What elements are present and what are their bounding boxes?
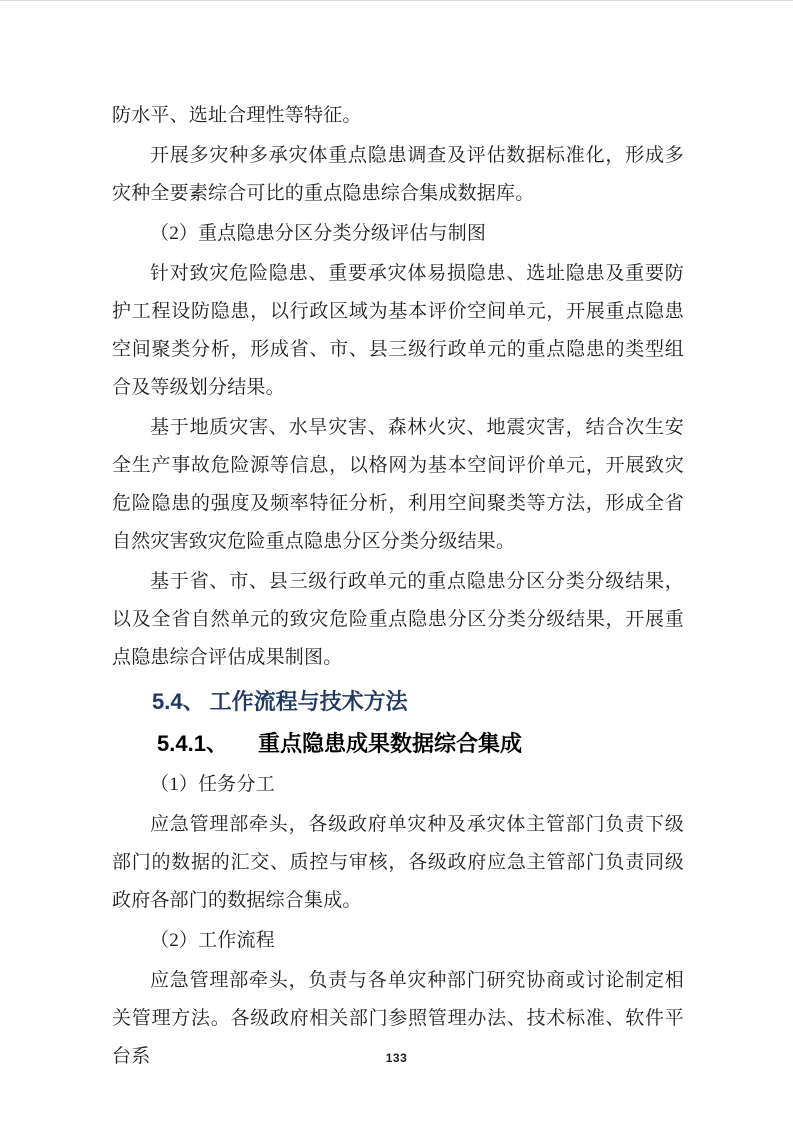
list-subheading: （2）工作流程 bbox=[112, 922, 684, 960]
heading-number: 5.4.1、 bbox=[157, 731, 228, 756]
list-subheading: （1）任务分工 bbox=[112, 766, 684, 804]
section-heading: 5.4、工作流程与技术方法 bbox=[112, 682, 684, 722]
document-page: 防水平、选址合理性等特征。开展多灾种多承灾体重点隐患调查及评估数据标准化，形成多… bbox=[0, 0, 793, 1122]
body-paragraph: 基于地质灾害、水旱灾害、森林火灾、地震灾害，结合次生安全生产事故危险源等信息，以… bbox=[112, 409, 684, 561]
heading-title: 重点隐患成果数据综合集成 bbox=[258, 731, 522, 756]
heading-number: 5.4、 bbox=[152, 689, 205, 714]
list-subheading: （2）重点隐患分区分类分级评估与制图 bbox=[112, 215, 684, 253]
page-number: 133 bbox=[386, 1051, 408, 1065]
body-paragraph: 应急管理部牵头，各级政府单灾种及承灾体主管部门负责下级部门的数据的汇交、质控与审… bbox=[112, 806, 684, 920]
body-paragraph: 基于省、市、县三级行政单元的重点隐患分区分类分级结果，以及全省自然单元的致灾危险… bbox=[112, 563, 684, 677]
subsection-heading: 5.4.1、重点隐患成果数据综合集成 bbox=[112, 724, 684, 764]
heading-title: 工作流程与技术方法 bbox=[210, 689, 408, 714]
page-footer: 133 bbox=[0, 1049, 793, 1067]
document-content: 防水平、选址合理性等特征。开展多灾种多承灾体重点隐患调查及评估数据标准化，形成多… bbox=[112, 1, 684, 1078]
body-paragraph: 防水平、选址合理性等特征。 bbox=[112, 97, 684, 135]
body-paragraph: 针对致灾危险隐患、重要承灾体易损隐患、选址隐患及重要防护工程设防隐患，以行政区域… bbox=[112, 255, 684, 407]
body-paragraph: 开展多灾种多承灾体重点隐患调查及评估数据标准化，形成多灾种全要素综合可比的重点隐… bbox=[112, 137, 684, 213]
